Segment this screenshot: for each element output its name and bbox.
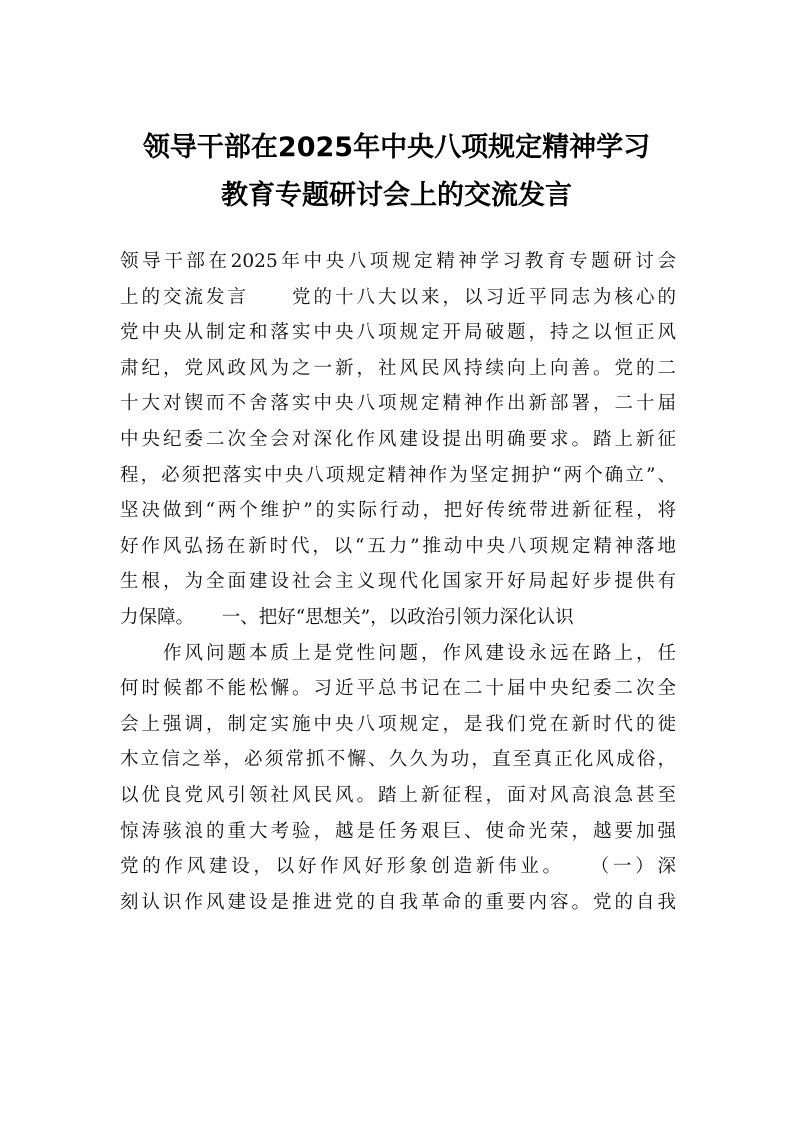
body-line: 何时候都不能松懈。习近平总书记在二十届中央纪委二次全 bbox=[120, 671, 676, 707]
body-line: 党中央从制定和落实中央八项规定开局破题，持之以恒正风 bbox=[120, 315, 676, 351]
body-line: 惊涛骇浪的重大考验，越是任务艰巨、使命光荣，越要加强 bbox=[120, 814, 676, 850]
body-line: 程，必须把落实中央八项规定精神作为坚定拥护“两个确立”、 bbox=[120, 458, 676, 494]
body-line: 坚决做到“两个维护”的实际行动，把好传统带进新征程，将 bbox=[120, 493, 676, 529]
body-line: 十大对锲而不舍落实中央八项规定精神作出新部署，二十届 bbox=[120, 386, 676, 422]
document-body: 领导干部在2025年中央八项规定精神学习教育专题研讨会 上的交流发言 党的十八大… bbox=[120, 244, 676, 920]
body-line: 好作风弘扬在新时代，以“五力”推动中央八项规定精神落地 bbox=[120, 529, 676, 565]
title-line-1: 领导干部在2025年中央八项规定精神学习 bbox=[100, 124, 693, 172]
body-line: 生根，为全面建设社会主义现代化国家开好局起好步提供有 bbox=[120, 564, 676, 600]
body-line: 肃纪，党风政风为之一新，社风民风持续向上向善。党的二 bbox=[120, 351, 676, 387]
body-line: 上的交流发言 党的十八大以来，以习近平同志为核心的 bbox=[120, 280, 676, 316]
body-line: 以优良党风引领社风民风。踏上新征程，面对风高浪急甚至 bbox=[120, 778, 676, 814]
body-line: 作风问题本质上是党性问题，作风建设永远在路上，任 bbox=[120, 636, 676, 672]
body-line: 领导干部在2025年中央八项规定精神学习教育专题研讨会 bbox=[120, 244, 676, 280]
section-heading-line: 力保障。 一、把好“思想关”，以政治引领力深化认识 bbox=[120, 600, 676, 636]
document-page: 领导干部在2025年中央八项规定精神学习 教育专题研讨会上的交流发言 领导干部在… bbox=[0, 0, 793, 1122]
body-line: 木立信之举，必须常抓不懈、久久为功，直至真正化风成俗， bbox=[120, 742, 676, 778]
body-line: 会上强调，制定实施中央八项规定，是我们党在新时代的徙 bbox=[120, 707, 676, 743]
body-line: 刻认识作风建设是推进党的自我革命的重要内容。党的自我 bbox=[120, 885, 676, 921]
body-line: 中央纪委二次全会对深化作风建设提出明确要求。踏上新征 bbox=[120, 422, 676, 458]
title-line-2: 教育专题研讨会上的交流发言 bbox=[100, 172, 693, 220]
body-line: 党的作风建设，以好作风好形象创造新伟业。 （一）深 bbox=[120, 849, 676, 885]
document-title: 领导干部在2025年中央八项规定精神学习 教育专题研讨会上的交流发言 bbox=[100, 124, 693, 220]
